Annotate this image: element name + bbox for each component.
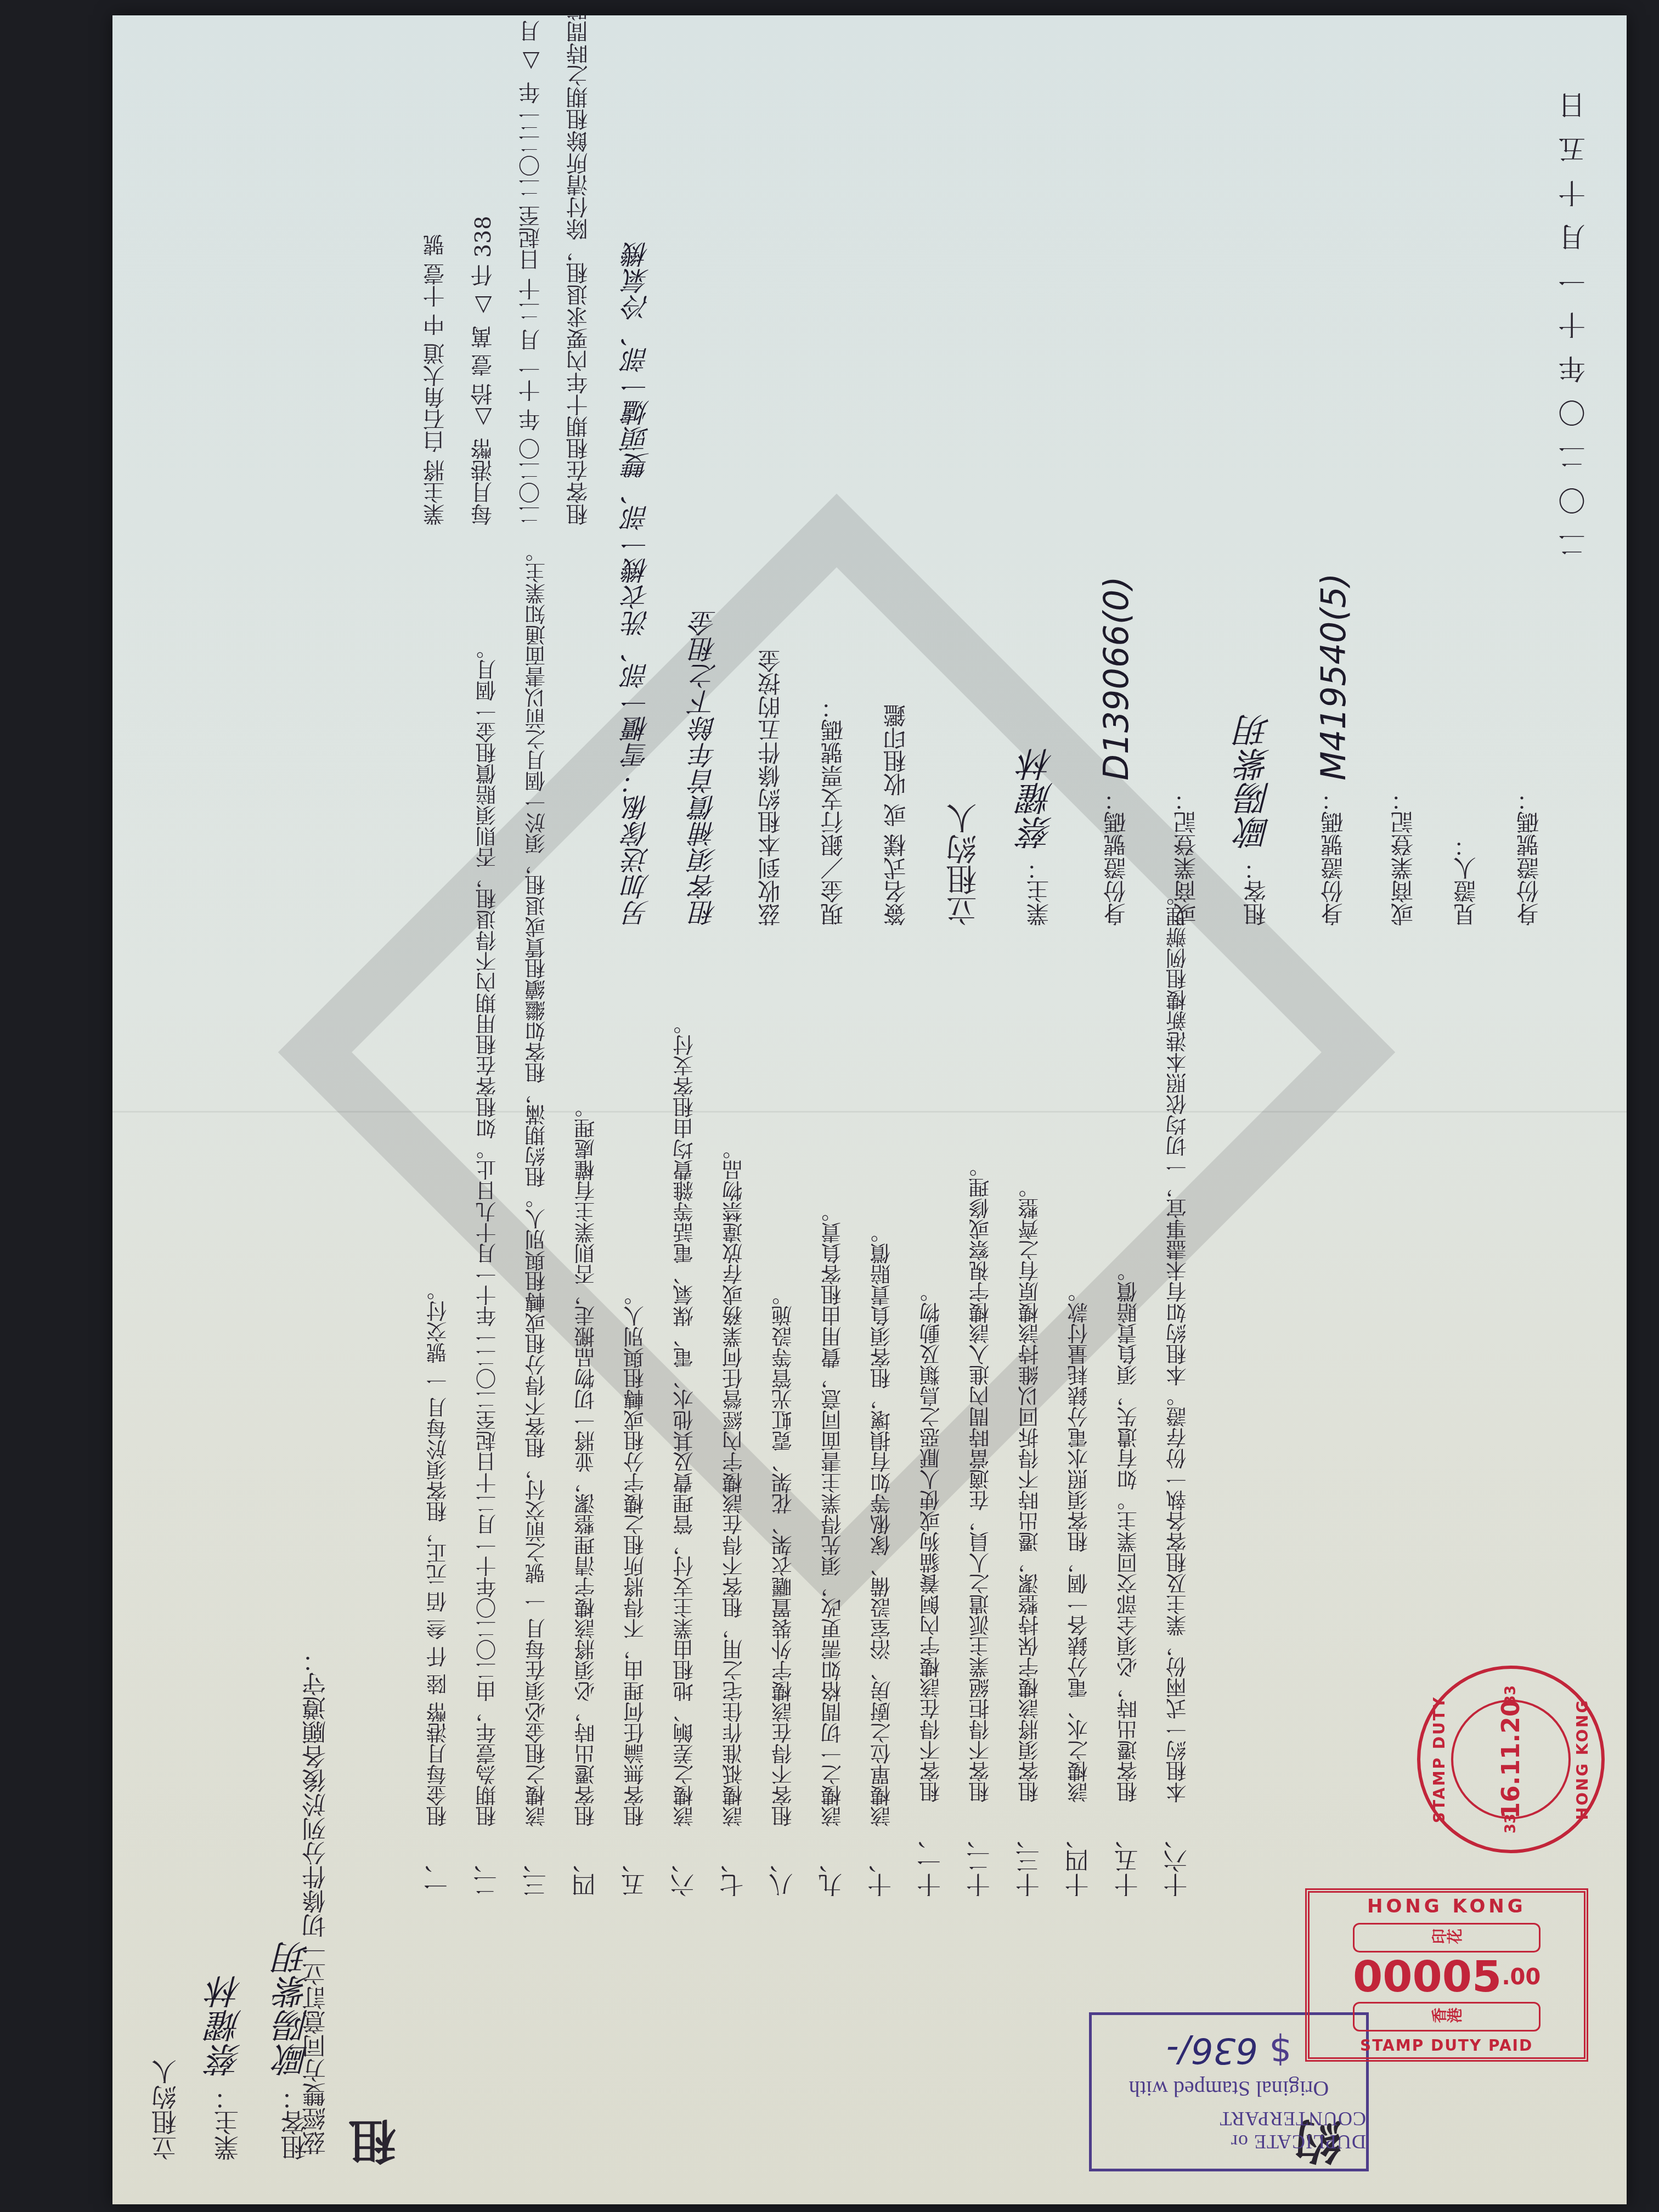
title-char-1: 租 [343,2119,411,2166]
chip-yinhua: 印花 [1353,1923,1541,1953]
clause-text: 租客不得在該樓宇內飼養貓狗或使人厭惡之鳥類及動物。 [919,1282,944,1803]
clause-number: 一、 [420,1849,444,1897]
signature-style-label: 簽名式樣 或 收租印鑑 [882,103,912,926]
sign-landlord-id: 身份證號碼： D139066(0) [1094,103,1139,926]
date-month: 十一 [1558,251,1590,339]
clause-number: 二、 [469,1849,493,1897]
clause-number: 十一、 [913,1825,937,1897]
handwritten-addition-2: 租客須補償首年餘下之租金 [689,103,723,926]
lessor-heading: 立租約人 [151,1612,181,2160]
clause-text: 租客須將該樓宇保持整潔，遷出時不得拆回以維持該樓原有之齊整。 [1018,1177,1042,1803]
stamp-duty-amount: 00005 [1353,1953,1502,2002]
clause-number: 十五、 [1110,1825,1134,1897]
stamp-duty-paid-label: STAMP DUTY PAID [1360,2036,1533,2055]
dollar-sign: $ [1269,2030,1291,2071]
duplicate-amount: 636/- [1166,2030,1258,2071]
clause-text: 租客遷出時，必須全部交回業主。如有遺失，須負責賠償。 [1116,1261,1141,1803]
agreement-date: 二〇二〇年十一月十五日 [1554,76,1594,558]
agreement-heading-text: 茲經雙方同意訂立一切條件分列於後各願遵守： [299,1826,334,2155]
date-day: 十五 [1558,120,1590,207]
tenant-id-number: M419540(5) [1313,573,1353,781]
signature-block: 另加送傢俬：雪櫃一部、洗衣機一部、雙頭爐一部、冷氣機 租客須補償首年餘下之租金 … [622,103,1544,926]
clause-text: 租客遷出時，必須將該樓宇清理整潔，並將一切物品搬走，否則業主有權處理。 [574,1097,599,1827]
handwritten-addition-1: 另加送傢俬：雪櫃一部、洗衣機一部、雙頭爐一部、冷氣機 [622,103,656,926]
clause-number: 五、 [617,1849,641,1897]
clause-4: 四、租客遷出時，必須將該樓宇清理整潔，並將一切物品搬走，否則業主有權處理。 [568,142,603,1897]
tenancy-agreement-page: 租 約 立租約人 業主： 蔡耀林 租客： 歐陽紫玥 茲經雙方同意訂立一切條件分列… [112,15,1627,2204]
sign-landlord-br: 或商業登記： [1171,103,1201,926]
deposit-text: 茲收到本租約條件五的按金 [756,103,786,926]
clause-number: 四、 [568,1849,592,1897]
landlord-label: 業主： [213,2085,242,2160]
clause-text: 租金每月港幣 陸 仟 叁 佰 元正，租客須於每月 一 號交付。 [426,1280,450,1827]
chip-xianggang: 香港 [1353,2002,1541,2032]
clause-number: 十三、 [1012,1825,1036,1897]
clause-text: 該樓之一切間格如需更改，須先得業主書面同意，費用由租客負責。 [821,1201,845,1827]
clause-number: 十、 [864,1849,888,1897]
stamp-duty-postmark: STAMP DUTY 33 16.11.20 33 HONG KONG [1417,1666,1605,1853]
deposit-payment-label: 現金／銀行支票號碼： [819,103,849,926]
clause-text: 本租約一式兩份，業主及租客各執一份存證。本租約如有未盡事宜，一切均依照本港新樓租… [1166,885,1190,1803]
clause-number: 七、 [715,1849,740,1897]
landlord-signature: 蔡耀林 [1019,748,1059,850]
clause-text: 該樓之差餉、地租由業主支付，管理費及其他水、電、煤氣、電話等雜費均由租客支付。 [673,1014,697,1827]
sign-tenant: 租客： 歐陽紫玥 [1234,103,1279,926]
clause-text: 租期為壹年，由二〇二〇年十一月二十日起至二〇二一年十一月十九日止。如租客在租用期… [476,639,500,1827]
clause-1: 一、租金每月港幣 陸 仟 叁 佰 元正，租客須於每月 一 號交付。 [420,142,455,1897]
landlord-id-number: D139066(0) [1096,576,1136,780]
clause-number: 八、 [765,1849,789,1897]
postmark-date: 16.11.20 [1451,1700,1571,1819]
clause-number: 三、 [518,1849,543,1897]
clause-text: 租客無論任何理由，不得將所租之樓宇分租或轉租與別人。 [624,1285,648,1827]
witness-label: 見證人： [1452,103,1482,926]
sign-landlord: 業主： 蔡耀林 [1017,103,1062,926]
sign-lessor-heading: 立租約人 [944,103,984,926]
clause-number: 六、 [666,1849,690,1897]
stamp-region: HONG KONG [1367,1895,1526,1917]
clause-text: 該樓之租金必須在每月 一 號之前交付，租客不得分租或轉租與別人。租約期滿，租客如… [525,542,549,1827]
clause-text: 該樓單位之廚房、浴室設備、傢俬等如有損壞，租客須負責賠償。 [870,1222,894,1827]
clause-text: 該樓祗准作住宅之用，租客不得在該樓宇內經營任何業務或存放違禁物品。 [722,1139,746,1827]
clause-number: 十六、 [1159,1825,1183,1897]
sign-tenant-id: 身份證號碼： M419540(5) [1312,103,1356,926]
landlord-line: 業主： 蔡耀林 [207,1612,248,2160]
clause-3: 三、該樓之租金必須在每月 一 號之前交付，租客不得分租或轉租與別人。租約期滿，租… [518,142,554,1897]
clause-text: 租客不得拒絕業主派遣之人員，在適當時間內進入該樓宇視察或修理。 [969,1156,993,1803]
parties-block: 立租約人 業主： 蔡耀林 租客： 歐陽紫玥 [151,1612,315,2160]
clause-2: 二、租期為壹年，由二〇二〇年十一月二十日起至二〇二一年十一月十九日止。如租客在租… [469,142,504,1897]
agreement-heading: 茲經雙方同意訂立一切條件分列於後各願遵守： [299,1826,334,2155]
witness-id-label: 身份證號碼： [1514,103,1544,926]
clause-number: 九、 [814,1849,838,1897]
landlord-name: 蔡耀林 [207,1974,247,2076]
stamp-duty-paid-stamp: STAMP DUTY PAID 印花 00005.00 香港 HONG KONG [1305,1888,1588,2062]
date-year: 二〇二〇 [1558,383,1590,558]
sign-tenant-br: 或商業登記： [1389,103,1419,926]
clause-text: 租客不得在該樓宇外裝置曬衣架、花架、霓虹光管等設施。 [771,1285,795,1827]
clause-number: 十四、 [1061,1825,1085,1897]
tenant-signature: 歐陽紫玥 [1236,714,1276,850]
clause-text: 該樓之水、電分錶各一個，租客須照水電分錶耗量付款。 [1068,1282,1092,1803]
clause-number: 十二、 [962,1825,986,1897]
